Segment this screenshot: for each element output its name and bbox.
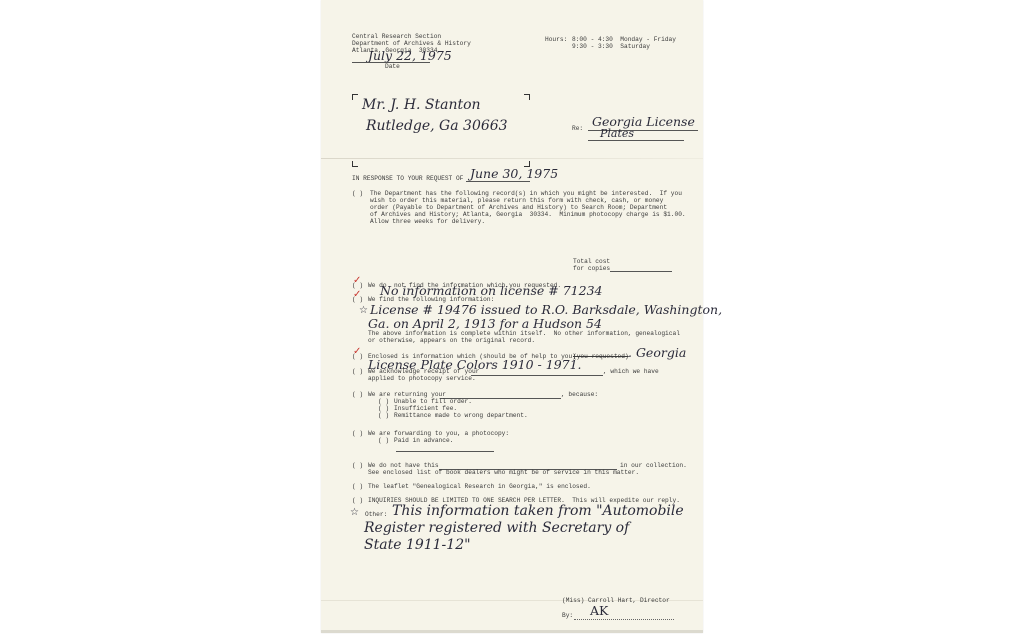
recipient-name: Mr. J. H. Stanton: [362, 97, 481, 113]
records-checkbox[interactable]: ( ): [352, 190, 363, 197]
checkmark-icon: ✓: [353, 290, 361, 300]
star-icon: ☆: [350, 508, 359, 518]
request-date: June 30, 1975: [470, 166, 558, 181]
address-corner-tl: [352, 94, 358, 100]
re-underline-2: [588, 140, 684, 141]
reason-checkbox-3[interactable]: ( ): [378, 412, 389, 419]
star-icon: ☆: [359, 306, 368, 316]
inquiries-checkbox[interactable]: ( ): [352, 497, 363, 504]
signature-line: [574, 619, 674, 620]
found-note-2: or otherwise, appears on the original re…: [368, 337, 535, 344]
recipient-address: Rutledge, Ga 30663: [366, 118, 508, 134]
paid-checkbox[interactable]: ( ): [378, 437, 389, 444]
leaflet-text: The leaflet "Genealogical Research in Ge…: [368, 483, 591, 490]
paper-edge: [321, 630, 703, 633]
date-label: Date: [385, 63, 400, 70]
not-have-checkbox[interactable]: ( ): [352, 462, 363, 469]
for-copies-label: for copies: [573, 265, 610, 272]
forwarding-field[interactable]: [396, 451, 494, 452]
address-corner-tr: [524, 94, 530, 100]
enclosed-handwritten-1: . Georgia: [628, 345, 686, 360]
re-line-2: Plates: [600, 127, 634, 140]
other-handwritten-2: Register registered with Secretary of: [364, 520, 629, 536]
returning-checkbox[interactable]: ( ): [352, 391, 363, 398]
acknowledge-line-2: applied to photocopy service.: [368, 375, 476, 382]
address-corner-bl: [352, 161, 358, 167]
not-have-line-2: See enclosed list of book dealers who mi…: [368, 469, 639, 476]
found-handwritten-1: License # 19476 issued to R.O. Barksdale…: [370, 302, 722, 317]
date-handwritten: July 22, 1975: [368, 48, 452, 63]
request-label: IN RESPONSE TO YOUR REQUEST OF: [352, 175, 463, 182]
checkmark-icon: ✓: [353, 347, 361, 357]
leaflet-checkbox[interactable]: ( ): [352, 483, 363, 490]
signature-initials: AK: [590, 603, 608, 618]
other-handwritten-3: State 1911-12": [364, 537, 471, 553]
forwarding-checkbox[interactable]: ( ): [352, 430, 363, 437]
returning-text-after: , because:: [561, 391, 598, 398]
reason-3: Remittance made to wrong department.: [394, 412, 528, 419]
acknowledge-checkbox[interactable]: ( ): [352, 368, 363, 375]
other-label: Other:: [365, 511, 387, 518]
total-cost-field[interactable]: [610, 271, 672, 272]
director-name: (Miss) Carroll Hart, Director: [562, 597, 670, 604]
records-text-5: Allow three weeks for delivery.: [370, 218, 485, 225]
paid-text: Paid in advance.: [394, 437, 453, 444]
acknowledge-text-after: , which we have: [603, 368, 659, 375]
request-date-underline: [466, 181, 530, 182]
other-handwritten-1: This information taken from "Automobile: [392, 503, 684, 519]
re-label: Re:: [572, 125, 583, 132]
found-handwritten-2: Ga. on April 2, 1913 for a Hudson 54: [368, 316, 602, 331]
checkmark-icon: ✓: [353, 276, 361, 286]
hours-label: Hours:: [545, 36, 567, 43]
by-label: By:: [562, 612, 573, 619]
hours-saturday: 9:30 - 3:30 Saturday: [572, 43, 650, 50]
acknowledge-field[interactable]: [471, 375, 603, 376]
